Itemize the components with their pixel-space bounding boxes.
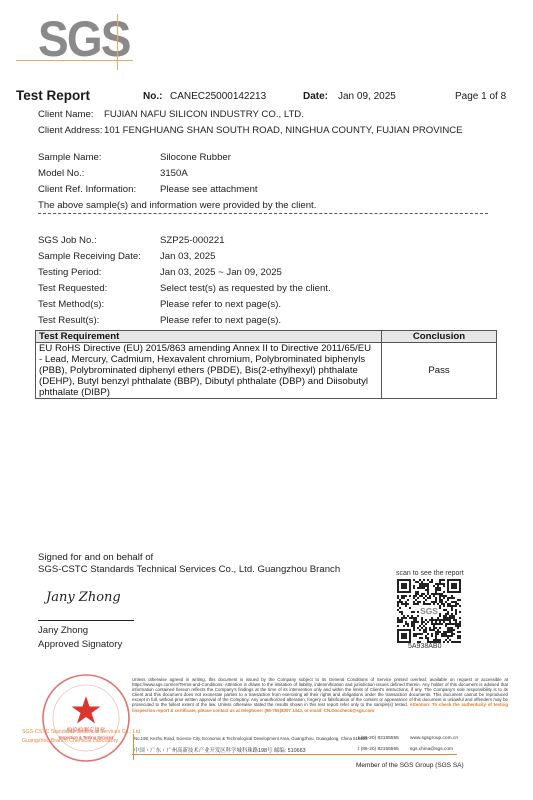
provided-note: The above sample(s) and information were… <box>38 200 316 211</box>
client-ref-value: Please see attachment <box>160 184 258 195</box>
receiving-date-label: Sample Receiving Date: <box>38 251 141 262</box>
requirement-line: EU RoHS Directive (EU) 2015/863 amending… <box>39 343 378 354</box>
client-name-value: FUJIAN NAFU SILICON INDUSTRY CO., LTD. <box>104 109 304 120</box>
table-row: EU RoHS Directive (EU) 2015/863 amending… <box>36 343 497 399</box>
report-no-label: No.: <box>143 91 162 102</box>
requirement-cell: EU RoHS Directive (EU) 2015/863 amending… <box>36 343 382 399</box>
test-methods-value: Please refer to next page(s). <box>160 299 281 310</box>
svg-text:SGS: SGS <box>420 606 438 616</box>
receiving-date-value: Jan 03, 2025 <box>160 251 215 262</box>
model-no-label: Model No.: <box>38 168 84 179</box>
model-no-value: 3150A <box>160 168 188 179</box>
footer-accent-hline <box>132 754 457 755</box>
signatory-role: Approved Signatory <box>38 639 122 650</box>
handwritten-signature: Jany Zhong <box>46 590 121 605</box>
address-en: No.198, Kezhu Road, Science City, Econom… <box>134 736 367 741</box>
telephone-2: t (86-20) 82155555 <box>358 747 399 752</box>
testing-period-label: Testing Period: <box>38 267 101 278</box>
test-requested-label: Test Requested: <box>38 283 107 294</box>
sgs-logo: SGS <box>38 14 130 64</box>
website-link[interactable]: www.sgsgroup.com.cn <box>410 736 458 741</box>
email-link[interactable]: sgs.china@sgs.com <box>410 747 453 752</box>
job-no-value: SZP25-000221 <box>160 235 225 246</box>
signed-behalf-line: Signed for and on behalf of <box>38 552 153 563</box>
signature-line <box>38 620 134 621</box>
telephone-1: t (86-20) 82155555 <box>358 736 399 741</box>
address-cn: 中国・广东・广州高新技术产业开发区科学城科珠路198号 邮编: 510663 <box>134 746 306 754</box>
qr-code-icon[interactable]: SGS <box>397 579 461 643</box>
signing-organization: SGS-CSTC Standards Technical Services Co… <box>38 564 340 575</box>
conclusion-cell: Pass <box>382 343 497 399</box>
requirement-line: (PBB), Polybrominated diphenyl ethers (P… <box>39 365 378 376</box>
requirement-line: - Lead, Mercury, Cadmium, Hexavalent chr… <box>39 354 378 365</box>
test-requested-value: Select test(s) as requested by the clien… <box>160 283 331 294</box>
logo-accent-vline <box>117 14 118 70</box>
dashed-divider <box>38 213 488 215</box>
client-ref-label: Client Ref. Information: <box>38 184 136 195</box>
laboratory-name-line2: Guangzhou Branch Chemical Laboratory <box>22 737 142 746</box>
logo-accent-hline <box>16 60 133 61</box>
requirement-line: phthalate (DIBP) <box>39 387 378 398</box>
qr-caption: scan to see the report <box>396 570 464 577</box>
qr-verification-code: 5A938AB0 <box>408 643 441 650</box>
test-results-value: Please refer to next page(s). <box>160 315 281 326</box>
terms-fine-print: Unless otherwise agreed in writing, this… <box>132 677 508 713</box>
client-address-value: 101 FENGHUANG SHAN SOUTH ROAD, NINGHUA C… <box>104 125 463 136</box>
col-header-conclusion: Conclusion <box>382 331 497 343</box>
sample-name-value: Silocone Rubber <box>160 152 231 163</box>
laboratory-name: SGS-CSTC Standards Technical Services Co… <box>22 728 142 746</box>
laboratory-name-line1: SGS-CSTC Standards Technical Services Co… <box>22 728 142 737</box>
member-of-sgs-group: Member of the SGS Group (SGS SA) <box>356 762 464 769</box>
testing-period-value: Jan 03, 2025 ~ Jan 09, 2025 <box>160 267 282 278</box>
report-date-value: Jan 09, 2025 <box>338 91 396 102</box>
report-date-label: Date: <box>303 91 328 102</box>
signatory-name: Jany Zhong <box>38 625 88 636</box>
page-indicator: Page 1 of 8 <box>455 91 506 102</box>
table-header-row: Test Requirement Conclusion <box>36 331 497 343</box>
report-no-value: CANEC25000142213 <box>170 91 266 102</box>
test-requirement-table: Test Requirement Conclusion EU RoHS Dire… <box>35 330 497 399</box>
test-methods-label: Test Method(s): <box>38 299 104 310</box>
official-stamp-icon: 检验检测专用章 Inspection & Testing Services <box>40 672 132 764</box>
report-title: Test Report <box>16 88 90 103</box>
sample-name-label: Sample Name: <box>38 152 101 163</box>
job-no-label: SGS Job No.: <box>38 235 97 246</box>
col-header-requirement: Test Requirement <box>36 331 382 343</box>
test-results-label: Test Result(s): <box>38 315 99 326</box>
client-name-label: Client Name: <box>38 109 93 120</box>
client-address-label: Client Address: <box>38 125 103 136</box>
requirement-line: (DEHP), Butyl benzyl phthalate (BBP), Di… <box>39 376 378 387</box>
